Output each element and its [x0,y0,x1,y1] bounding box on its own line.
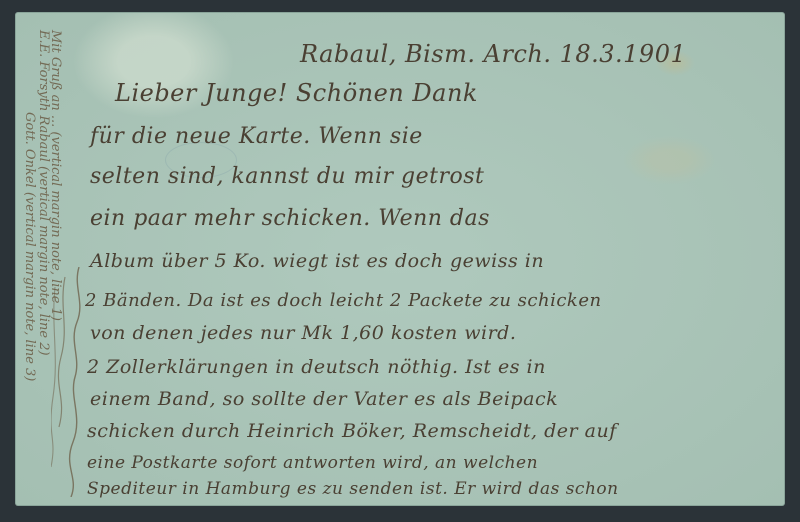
body-line-3: selten sind, kannst du mir getrost [90,162,484,192]
body-line-2: für die neue Karte. Wenn sie [90,122,423,152]
margin-note-3: Gott. Onkel (vertical margin note, line … [22,112,37,381]
body-line-5: Album über 5 Ko. wiegt ist es doch gewis… [90,246,544,276]
body-line-12: Spediteur in Hamburg es zu senden ist. E… [87,474,619,504]
place-date-line: Rabaul, Bism. Arch. 18.3.1901 [300,40,686,68]
body-line-7: von denen jedes nur Mk 1,60 kosten wird. [90,318,516,348]
margin-scribble [51,267,89,497]
postcard: Rabaul, Bism. Arch. 18.3.1901 Lieber Jun… [15,12,785,506]
body-line-1: Lieber Junge! Schönen Dank [115,78,478,108]
body-line-4: ein paar mehr schicken. Wenn das [90,204,490,234]
body-line-9: einem Band, so sollte der Vater es als B… [90,384,558,414]
margin-note-2: E.E. Forsyth Rabaul (vertical margin not… [36,30,51,356]
body-line-6: 2 Bänden. Da ist es doch leicht 2 Packet… [85,286,602,316]
scan-background: Rabaul, Bism. Arch. 18.3.1901 Lieber Jun… [0,0,800,522]
body-line-10: schicken durch Heinrich Böker, Remscheid… [87,416,617,446]
body-line-8: 2 Zollerklärungen in deutsch nöthig. Ist… [87,352,546,382]
